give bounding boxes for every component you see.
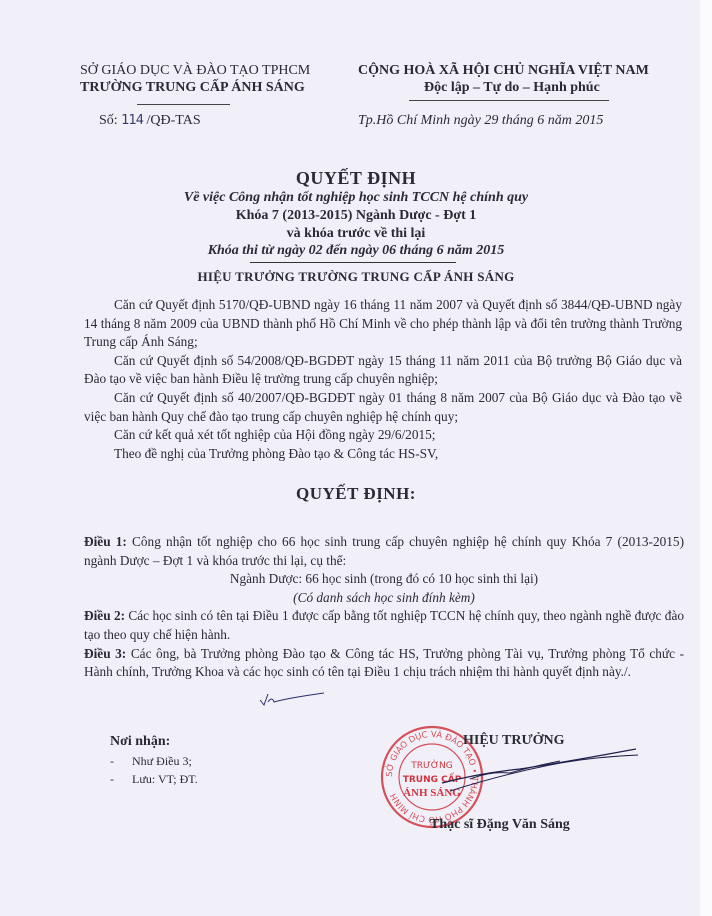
issuing-organization: SỞ GIÁO DỤC VÀ ĐÀO TẠO TPHCM TRƯỜNG TRUN… bbox=[80, 62, 280, 96]
article-1: Điều 1: Công nhận tốt nghiệp cho 66 học … bbox=[84, 533, 684, 570]
place-and-date: Tp.Hồ Chí Minh ngày 29 tháng 6 năm 2015 bbox=[358, 113, 603, 129]
document-number: Số: 114 /QĐ-TAS bbox=[99, 113, 201, 129]
article-label: Điều 2: bbox=[84, 608, 125, 623]
article-text: Các ông, bà Trưởng phòng Đào tạo & Công … bbox=[84, 646, 684, 680]
issuing-authority: HIỆU TRƯỞNG TRƯỜNG TRUNG CẤP ÁNH SÁNG bbox=[0, 269, 712, 285]
title-retake: và khóa trước về thi lại bbox=[0, 226, 712, 242]
header-rule-right bbox=[409, 100, 609, 101]
articles: Điều 1: Công nhận tốt nghiệp cho 66 học … bbox=[84, 533, 684, 682]
preamble-clause: Căn cứ Quyết định số 54/2008/QĐ-BGDĐT ng… bbox=[84, 352, 682, 389]
title-course: Khóa 7 (2013-2015) Ngành Dược - Đợt 1 bbox=[0, 208, 712, 224]
national-heading: CỘNG HOÀ XÃ HỘI CHỦ NGHĨA VIỆT NAM Độc l… bbox=[358, 62, 658, 96]
initial-signature bbox=[258, 690, 328, 710]
article-text: Công nhận tốt nghiệp cho 66 học sinh tru… bbox=[84, 534, 684, 568]
article-text: Các học sinh có tên tại Điều 1 được cấp … bbox=[84, 608, 684, 642]
school-name: TRƯỜNG TRUNG CẤP ÁNH SÁNG bbox=[80, 79, 280, 96]
preamble-clause: Căn cứ Quyết định số 40/2007/QĐ-BGDĐT ng… bbox=[84, 389, 682, 426]
article-3: Điều 3: Các ông, bà Trưởng phòng Đào tạo… bbox=[84, 645, 684, 682]
recipients-heading: Nơi nhận: bbox=[110, 733, 198, 751]
article-1-detail: Ngành Dược: 66 học sinh (trong đó có 10 … bbox=[84, 570, 684, 589]
document-number-suffix: /QĐ-TAS bbox=[143, 113, 201, 128]
title-exam-period: Khóa thi từ ngày 02 đến ngày 06 tháng 6 … bbox=[0, 243, 712, 259]
preamble: Căn cứ Quyết định 5170/QĐ-UBND ngày 16 t… bbox=[84, 296, 682, 463]
preamble-clause: Căn cứ Quyết định 5170/QĐ-UBND ngày 16 t… bbox=[84, 296, 682, 352]
recipients: Nơi nhận: -Như Điều 3; -Lưu: VT; ĐT. bbox=[110, 733, 198, 788]
header-rule-left bbox=[137, 104, 230, 105]
preamble-clause: Theo đề nghị của Trưởng phòng Đào tạo & … bbox=[84, 445, 682, 464]
document-title: QUYẾT ĐỊNH bbox=[0, 168, 712, 189]
article-2: Điều 2: Các học sinh có tên tại Điều 1 đ… bbox=[84, 607, 684, 644]
article-label: Điều 1: bbox=[84, 534, 127, 549]
title-rule bbox=[250, 262, 456, 263]
document-number-handwritten: 114 bbox=[121, 113, 143, 128]
recipient-item: -Như Điều 3; bbox=[110, 752, 198, 770]
handwritten-signature bbox=[440, 745, 640, 795]
decision-heading: QUYẾT ĐỊNH: bbox=[0, 484, 712, 504]
recipient-item: -Lưu: VT; ĐT. bbox=[110, 770, 198, 788]
article-label: Điều 3: bbox=[84, 646, 126, 661]
agency-name: SỞ GIÁO DỤC VÀ ĐÀO TẠO TPHCM bbox=[80, 62, 280, 79]
article-1-note: (Có danh sách học sinh đính kèm) bbox=[84, 589, 684, 608]
country-name: CỘNG HOÀ XÃ HỘI CHỦ NGHĨA VIỆT NAM bbox=[358, 62, 658, 79]
signatory-name: Thạc sĩ Đặng Văn Sáng bbox=[430, 817, 570, 833]
title-subject: Về việc Công nhận tốt nghiệp học sinh TC… bbox=[0, 190, 712, 206]
national-motto: Độc lập – Tự do – Hạnh phúc bbox=[358, 79, 658, 96]
preamble-clause: Căn cứ kết quả xét tốt nghiệp của Hội đồ… bbox=[84, 426, 682, 445]
document-number-prefix: Số: bbox=[99, 113, 121, 128]
page-edge bbox=[700, 0, 712, 916]
